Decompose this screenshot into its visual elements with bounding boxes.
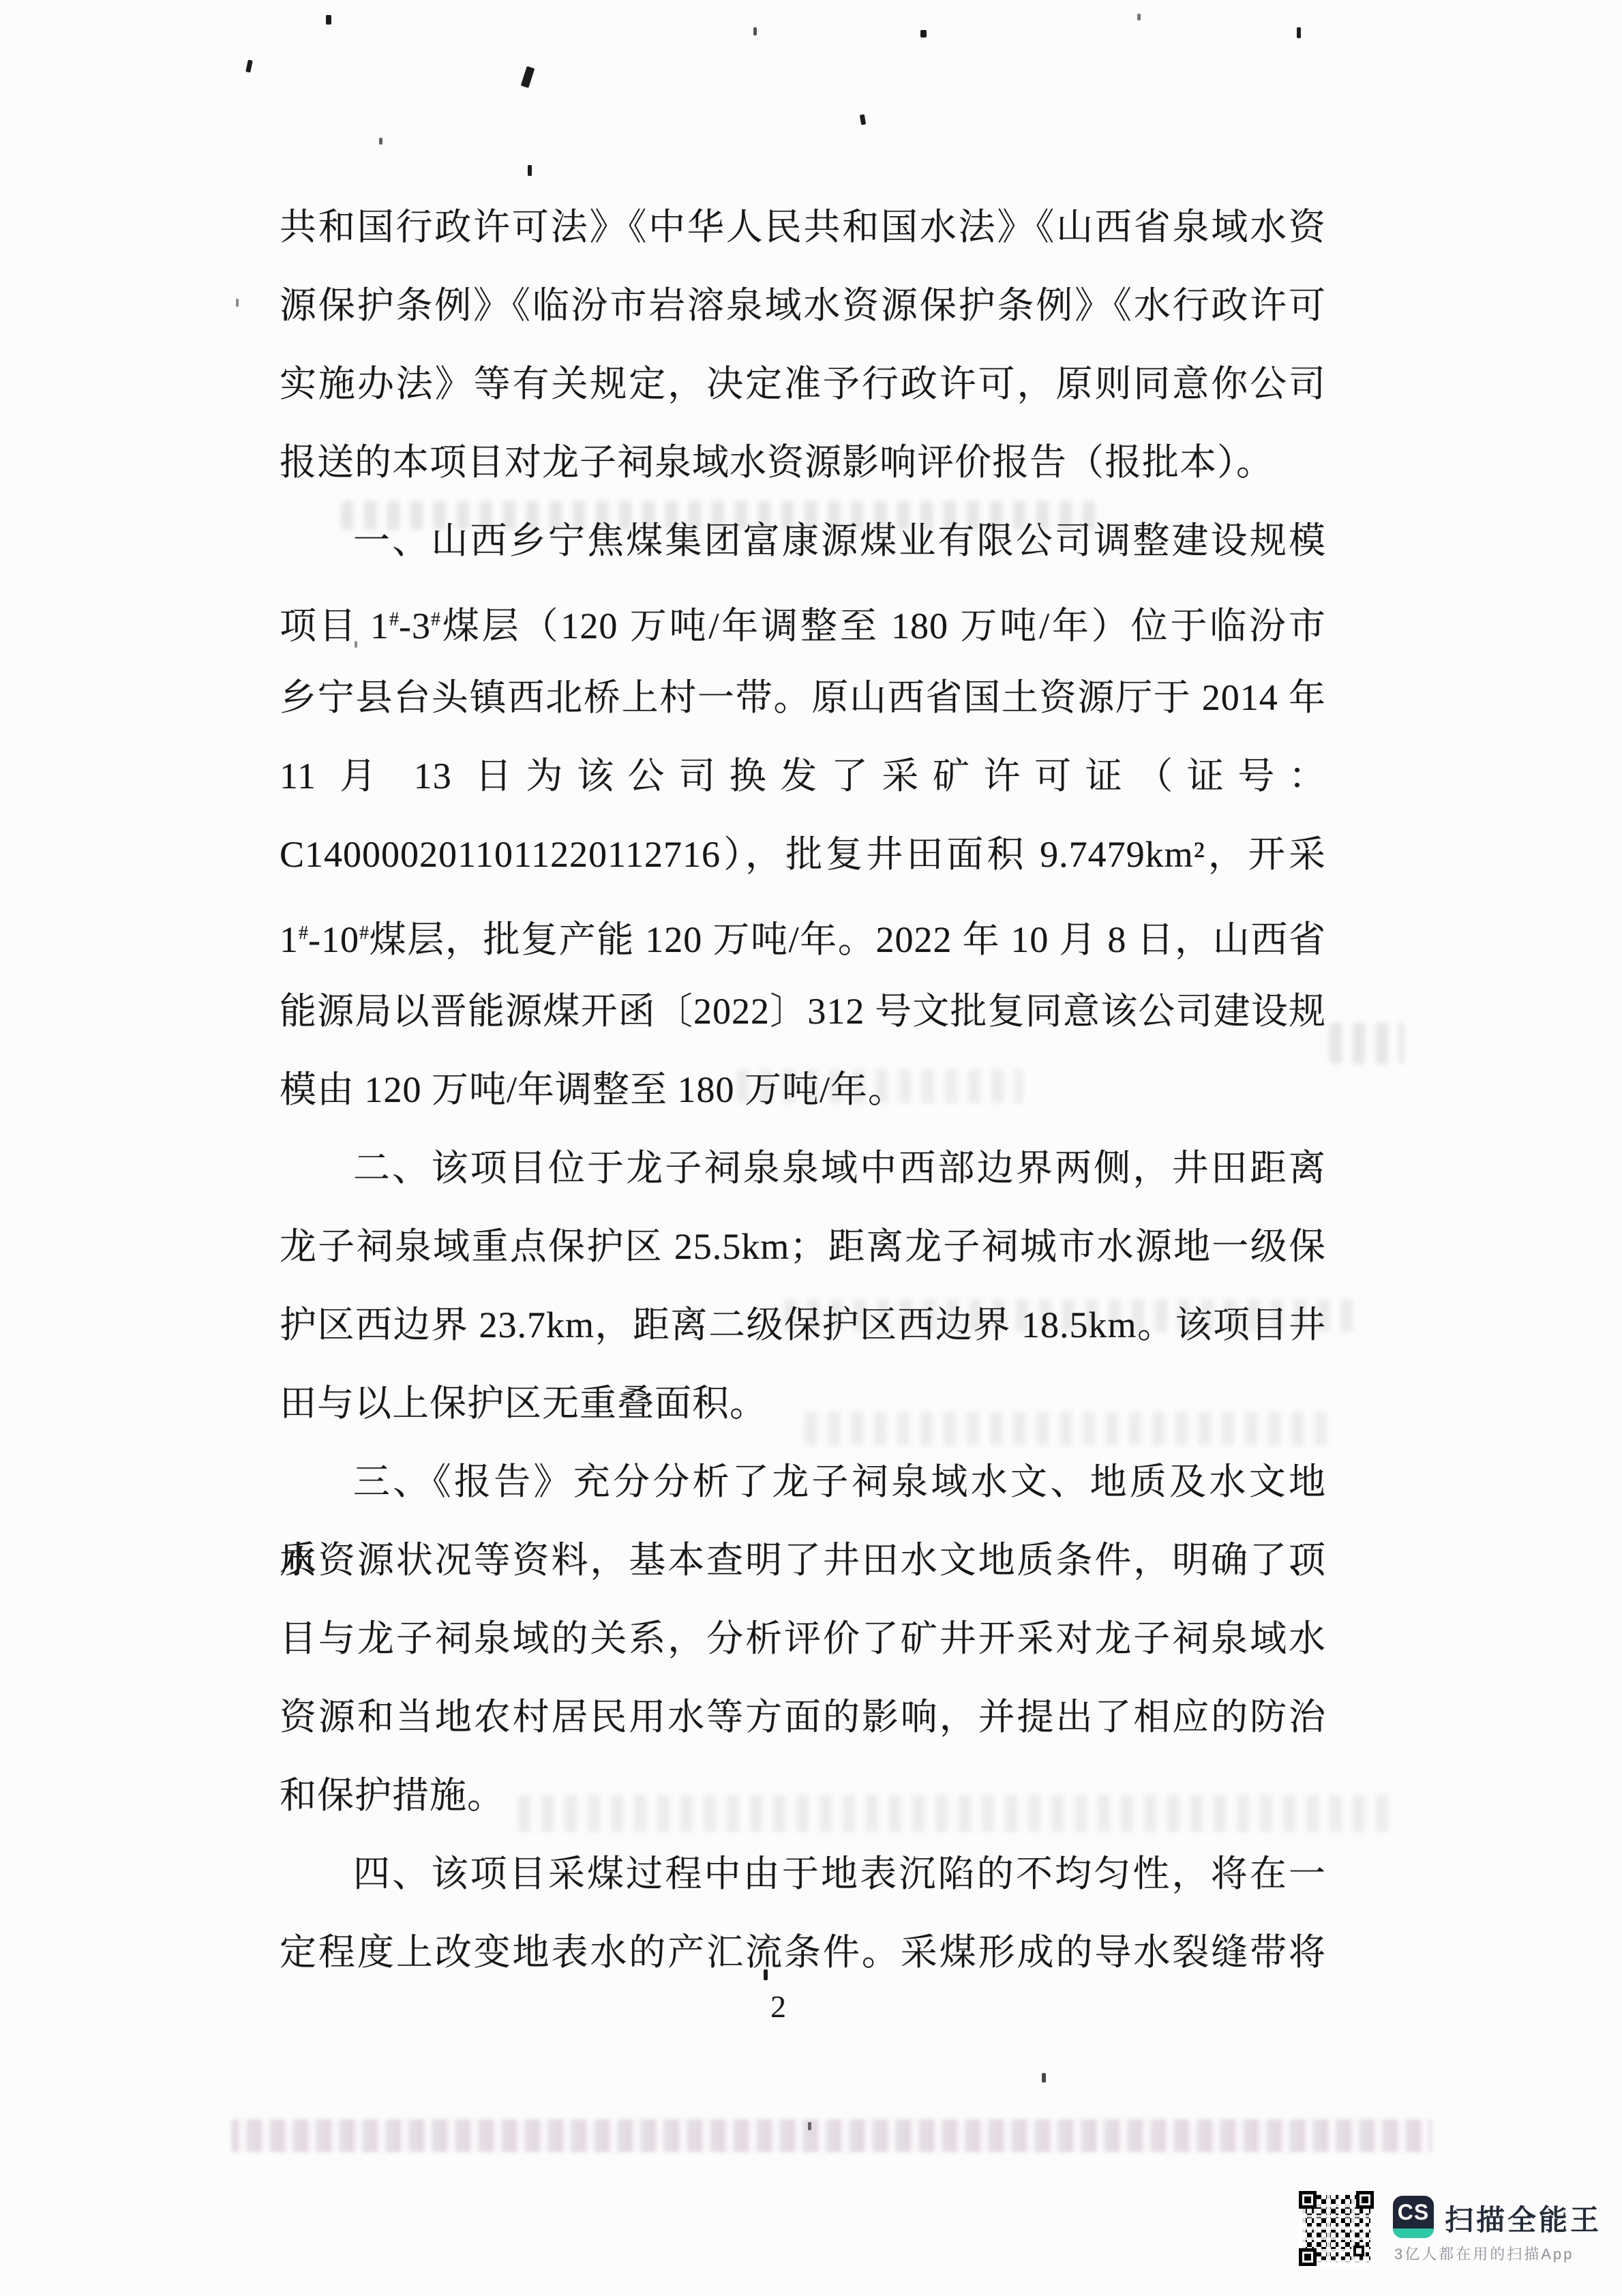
watermark-tagline: 3亿人都在用的扫描App — [1394, 2243, 1574, 2264]
page-number: 2 — [770, 1988, 786, 2025]
document-line: 项目 1#-3#煤层（120 万吨/年调整至 180 万吨/年）位于临汾市 — [280, 580, 1326, 659]
qr-finder-icon — [1356, 2191, 1374, 2209]
document-line: 乡宁县台头镇西北桥上村一带。原山西省国土资源厅于 2014 年 — [280, 659, 1326, 737]
document-line: 二、该项目位于龙子祠泉泉域中西部边界两侧，井田距离 — [280, 1129, 1326, 1208]
qr-finder-icon — [1299, 2248, 1317, 2266]
scan-speckle — [379, 138, 382, 145]
scan-speckle — [521, 66, 535, 88]
line-segment: 煤层（120 万吨/年调整至 180 万吨/年）位于临汾市 — [440, 606, 1326, 646]
scan-speckle — [1297, 27, 1301, 38]
document-line: 田与以上保护区无重叠面积。 — [280, 1365, 1326, 1443]
qr-code — [1299, 2191, 1374, 2266]
scan-speckle — [326, 15, 331, 25]
qr-alignment-icon — [1353, 2246, 1364, 2256]
document-line: 三、《报告》充分分析了龙子祠泉域水文、地质及水文地质、 — [280, 1443, 1326, 1521]
document-text-block: 共和国行政许可法》《中华人民共和国水法》《山西省泉域水资 源保护条例》《临汾市岩… — [280, 188, 1326, 1992]
document-line: 四、该项目采煤过程中由于地表沉陷的不均匀性，将在一 — [280, 1835, 1326, 1913]
scan-speckle — [920, 30, 927, 38]
document-line: 水资源状况等资料，基本查明了井田水文地质条件，明确了项 — [280, 1521, 1326, 1600]
document-line: 资源和当地农村居民用水等方面的影响，并提出了相应的防治 — [280, 1678, 1326, 1757]
scan-ghost-band — [232, 2119, 1432, 2152]
qr-finder-icon — [1299, 2191, 1317, 2209]
scan-speckle — [1042, 2073, 1046, 2083]
document-line: 源保护条例》《临汾市岩溶泉域水资源保护条例》《水行政许可 — [280, 267, 1326, 345]
camscanner-logo-icon: CS — [1393, 2196, 1434, 2238]
scan-speckle — [236, 299, 239, 307]
superscript-mark: # — [389, 609, 399, 630]
document-line: 能源局以晋能源煤开函〔2022〕312 号文批复同意该公司建设规 — [280, 972, 1326, 1051]
line-segment: -3 — [399, 606, 431, 646]
document-line: 龙子祠泉域重点保护区 25.5km；距离龙子祠城市水源地一级保 — [280, 1208, 1326, 1286]
document-line: 和保护措施。 — [280, 1757, 1326, 1835]
document-line: 模由 120 万吨/年调整至 180 万吨/年。 — [280, 1051, 1326, 1129]
watermark-app-name: 扫描全能王 — [1445, 2198, 1602, 2239]
line-segment: 煤层，批复产能 120 万吨/年。2022 年 10 月 8 日，山西省 — [369, 919, 1326, 960]
scanned-document-page: 共和国行政许可法》《中华人民共和国水法》《山西省泉域水资 源保护条例》《临汾市岩… — [0, 0, 1622, 2296]
scan-ghost — [1330, 1023, 1405, 1064]
document-line: 报送的本项目对龙子祠泉域水资源影响评价报告（报批本）。 — [280, 423, 1326, 502]
document-line: 1#-10#煤层，批复产能 120 万吨/年。2022 年 10 月 8 日，山… — [280, 894, 1326, 972]
document-line: 目与龙子祠泉域的关系，分析评价了矿井开采对龙子祠泉域水 — [280, 1600, 1326, 1678]
document-line: 定程度上改变地表水的产汇流条件。采煤形成的导水裂缝带将 — [280, 1913, 1326, 1992]
scan-speckle — [753, 27, 757, 35]
scanner-watermark: CS 扫描全能王 3亿人都在用的扫描App — [1299, 2191, 1585, 2273]
scan-speckle — [860, 115, 866, 125]
superscript-mark: # — [431, 609, 440, 630]
camscanner-logo-text: CS — [1393, 2196, 1434, 2228]
scan-speckle — [1137, 14, 1141, 20]
scan-speckle — [245, 59, 253, 72]
camscanner-logo-teal-bar — [1393, 2228, 1434, 2238]
document-line: C1400002011011220112716），批复井田面积 9.7479km… — [280, 816, 1326, 894]
document-line: 护区西边界 23.7km，距离二级保护区西边界 18.5km。该项目井 — [280, 1286, 1326, 1365]
document-line: 11 月 13 日为该公司换发了采矿许可证（证号： — [280, 737, 1326, 816]
superscript-mark: # — [359, 923, 369, 944]
line-segment: -10 — [308, 919, 359, 960]
superscript-mark: # — [299, 923, 308, 944]
scan-speckle — [528, 165, 532, 176]
line-segment: 1 — [280, 919, 299, 960]
document-line: 实施办法》等有关规定，决定准予行政许可，原则同意你公司 — [280, 345, 1326, 423]
document-line: 一、山西乡宁焦煤集团富康源煤业有限公司调整建设规模 — [280, 502, 1326, 580]
document-line: 共和国行政许可法》《中华人民共和国水法》《山西省泉域水资 — [280, 188, 1326, 267]
line-segment: 项目 1 — [280, 606, 389, 646]
